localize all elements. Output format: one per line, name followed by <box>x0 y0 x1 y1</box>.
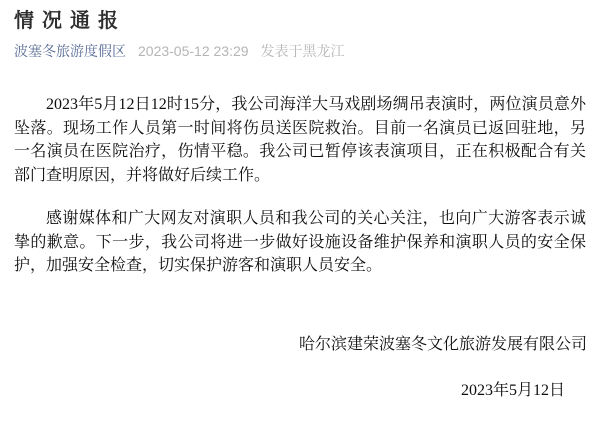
body-paragraph-2: 感谢媒体和广大网友对演职人员和我公司的关心关注，也向广大游客表示诚挚的歉意。下一… <box>14 207 586 278</box>
article-body: 2023年5月12日12时15分，我公司海洋大马戏剧场绸吊表演时，两位演员意外坠… <box>14 93 586 278</box>
signature-company: 哈尔滨建荣波塞冬文化旅游发展有限公司 <box>0 334 587 356</box>
signature-date: 2023年5月12日 <box>0 380 565 402</box>
account-name-link[interactable]: 波塞冬旅游度假区 <box>14 43 126 59</box>
article-title: 情况通报 <box>0 0 600 32</box>
publish-time: 2023-05-12 23:29 <box>138 43 249 59</box>
publish-location: 发表于黑龙江 <box>261 43 345 59</box>
body-paragraph-1: 2023年5月12日12时15分，我公司海洋大马戏剧场绸吊表演时，两位演员意外坠… <box>14 93 586 187</box>
article-page: 情况通报 波塞冬旅游度假区2023-05-12 23:29发表于黑龙江 2023… <box>0 0 600 422</box>
article-meta: 波塞冬旅游度假区2023-05-12 23:29发表于黑龙江 <box>14 44 586 59</box>
